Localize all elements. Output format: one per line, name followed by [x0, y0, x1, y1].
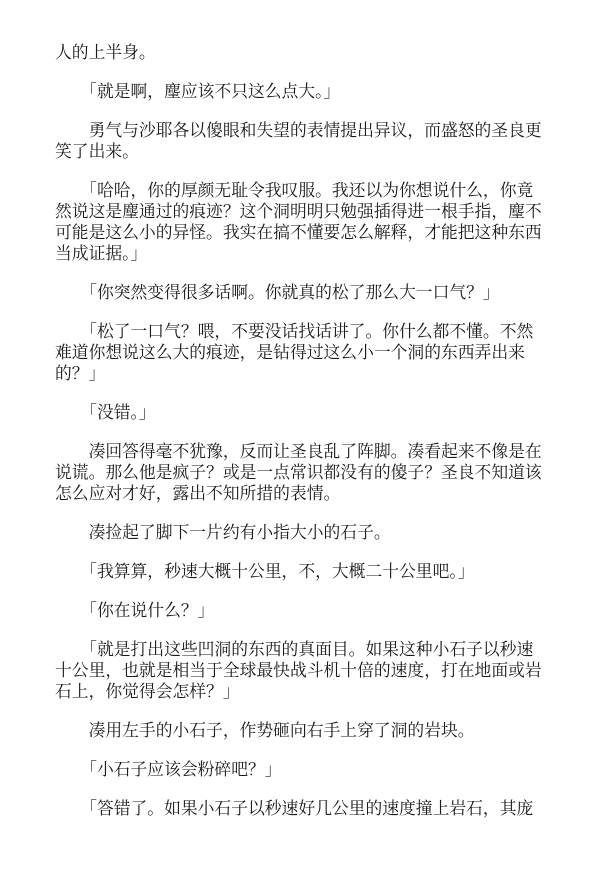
- text-line: 说谎。那么他是疯子？或是一点常识都没有的傻子？圣良不知道该: [55, 462, 559, 483]
- paragraph: 凑回答得毫不犹豫，反而让圣良乱了阵脚。凑看起来不像是在说谎。那么他是疯子？或是一…: [55, 441, 559, 504]
- paragraph: 「小石子应该会粉碎吧？」: [55, 759, 559, 780]
- paragraph: 人的上半身。: [55, 42, 559, 63]
- paragraph: 「哈哈，你的厚颜无耻令我叹服。我还以为你想说什么，你竟然说这是麈通过的痕迹？这个…: [55, 180, 559, 264]
- text-line: 难道你想说这么大的痕迹，是钻得过这么小一个洞的东西弄出来: [55, 342, 559, 363]
- text-content: 人的上半身。 「就是啊，麈应该不只这么点大。」 勇气与沙耶各以傻眼和失望的表情提…: [55, 42, 559, 819]
- paragraph: 「你突然变得很多话啊。你就真的松了那么大一口气？」: [55, 282, 559, 303]
- text-line: 「没错。」: [55, 402, 559, 423]
- text-line: 「答错了。如果小石子以秒速好几公里的速度撞上岩石，其庞: [55, 798, 559, 819]
- text-line: 「我算算，秒速大概十公里，不，大概二十公里吧。」: [55, 561, 559, 582]
- paragraph: 「我算算，秒速大概十公里，不，大概二十公里吧。」: [55, 561, 559, 582]
- text-line: 凑捡起了脚下一片约有小指大小的石子。: [55, 522, 559, 543]
- paragraph: 「没错。」: [55, 402, 559, 423]
- paragraph: 凑捡起了脚下一片约有小指大小的石子。: [55, 522, 559, 543]
- text-line: 「你在说什么？」: [55, 600, 559, 621]
- text-line: 「你突然变得很多话啊。你就真的松了那么大一口气？」: [55, 282, 559, 303]
- text-line: 凑回答得毫不犹豫，反而让圣良乱了阵脚。凑看起来不像是在: [55, 441, 559, 462]
- text-line: 「松了一口气？喂，不要没话找话讲了。你什么都不懂。不然: [55, 321, 559, 342]
- text-line: 「就是啊，麈应该不只这么点大。」: [55, 81, 559, 102]
- document-page: 人的上半身。 「就是啊，麈应该不只这么点大。」 勇气与沙耶各以傻眼和失望的表情提…: [0, 0, 613, 869]
- text-line: 笑了出来。: [55, 141, 559, 162]
- paragraph: 「就是打出这些凹洞的东西的真面目。如果这种小石子以秒速十公里，也就是相当于全球最…: [55, 639, 559, 702]
- text-line: 的？」: [55, 363, 559, 384]
- text-line: 勇气与沙耶各以傻眼和失望的表情提出异议，而盛怒的圣良更: [55, 120, 559, 141]
- paragraph: 「答错了。如果小石子以秒速好几公里的速度撞上岩石，其庞: [55, 798, 559, 819]
- paragraph: 凑用左手的小石子，作势砸向右手上穿了洞的岩块。: [55, 720, 559, 741]
- text-line: 「哈哈，你的厚颜无耻令我叹服。我还以为你想说什么，你竟: [55, 180, 559, 201]
- text-line: 「就是打出这些凹洞的东西的真面目。如果这种小石子以秒速: [55, 639, 559, 660]
- text-line: 「小石子应该会粉碎吧？」: [55, 759, 559, 780]
- paragraph: 勇气与沙耶各以傻眼和失望的表情提出异议，而盛怒的圣良更笑了出来。: [55, 120, 559, 162]
- text-line: 当成证据。」: [55, 243, 559, 264]
- paragraph: 「松了一口气？喂，不要没话找话讲了。你什么都不懂。不然难道你想说这么大的痕迹，是…: [55, 321, 559, 384]
- text-line: 怎么应对才好，露出不知所措的表情。: [55, 483, 559, 504]
- text-line: 可能是这么小的异怪。我实在搞不懂要怎么解释，才能把这种东西: [55, 222, 559, 243]
- text-line: 人的上半身。: [55, 42, 559, 63]
- text-line: 石上，你觉得会怎样？」: [55, 681, 559, 702]
- paragraph: 「你在说什么？」: [55, 600, 559, 621]
- text-line: 然说这是麈通过的痕迹？这个洞明明只勉强插得进一根手指，麈不: [55, 201, 559, 222]
- text-line: 凑用左手的小石子，作势砸向右手上穿了洞的岩块。: [55, 720, 559, 741]
- text-line: 十公里，也就是相当于全球最快战斗机十倍的速度，打在地面或岩: [55, 660, 559, 681]
- paragraph: 「就是啊，麈应该不只这么点大。」: [55, 81, 559, 102]
